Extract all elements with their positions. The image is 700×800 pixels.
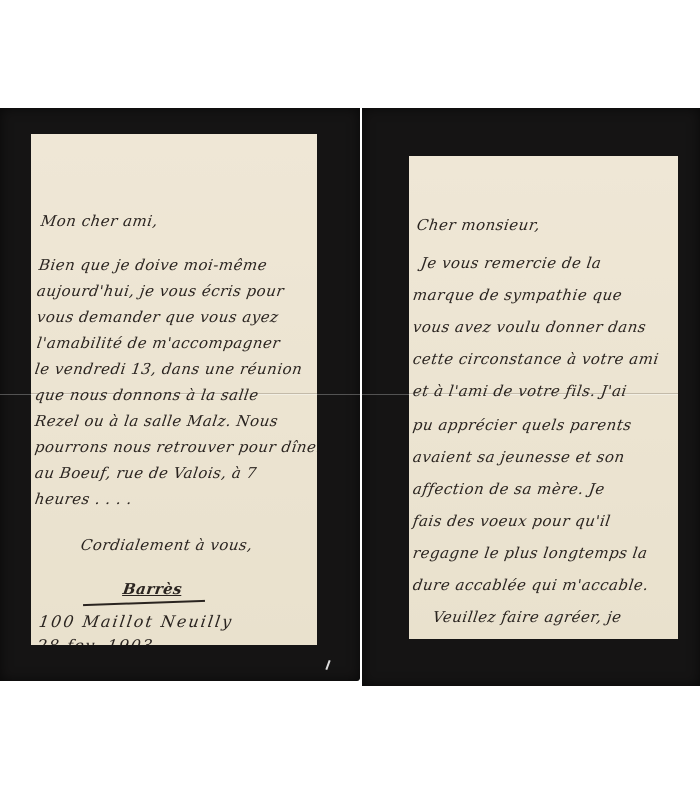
letter-line: cette circonstance à votre ami	[412, 350, 660, 368]
letter-line: le vendredi 13, dans une réunion	[34, 360, 304, 378]
signature-underline	[83, 600, 205, 606]
left-letter-border: Mon cher ami, Bien que je doive moi-même…	[0, 108, 360, 681]
letter-line: heures . . . .	[34, 490, 134, 508]
border-tear	[325, 660, 330, 670]
letter-line: dure accablée qui m'accable.	[412, 576, 650, 594]
letter-line: que nous donnons à la salle	[34, 386, 260, 404]
letter-date: 28 fev. 1903	[36, 636, 156, 645]
letter-line: pourrons nous retrouver pour dîner	[34, 438, 317, 456]
letter-line: au Boeuf, rue de Valois, à 7	[34, 464, 258, 482]
letter-line: Rezel ou à la salle Malz. Nous	[34, 412, 280, 430]
letter-line: pu apprécier quels parents	[412, 416, 633, 434]
letter-salutation: Mon cher ami,	[40, 212, 159, 230]
letter-salutation: Cher monsieur,	[416, 216, 542, 234]
right-letter-page: Cher monsieur, Je vous remercie de la ma…	[409, 156, 678, 639]
letter-signature: Barrès	[122, 580, 184, 598]
letter-line: l'amabilité de m'accompagner	[36, 334, 282, 352]
letter-line: vous avez voulu donner dans	[412, 318, 648, 336]
letter-line: regagne le plus longtemps la	[412, 544, 649, 562]
letter-line: Je vous remercie de la	[420, 254, 603, 272]
letter-line: Bien que je doive moi-même	[38, 256, 269, 274]
fold-line	[0, 394, 31, 395]
letter-line: vous demander que vous ayez	[36, 308, 280, 326]
letter-line: marque de sympathie que	[412, 286, 624, 304]
letter-line: Veuillez faire agréer, je	[432, 608, 623, 626]
fold-line	[317, 394, 360, 395]
sender-address: 100 Maillot Neuilly	[38, 612, 235, 631]
fold-line	[362, 394, 409, 395]
right-letter-border: Cher monsieur, Je vous remercie de la ma…	[362, 108, 700, 686]
letter-line: fais des voeux pour qu'il	[412, 512, 612, 530]
letter-line: affection de sa mère. Je	[412, 480, 606, 498]
letter-closing: Cordialement à vous,	[80, 536, 254, 554]
letter-line: et à l'ami de votre fils. J'ai	[412, 382, 628, 400]
letter-line: avaient sa jeunesse et son	[412, 448, 626, 466]
left-letter-page: Mon cher ami, Bien que je doive moi-même…	[31, 134, 317, 645]
letter-line: aujourd'hui, je vous écris pour	[36, 282, 286, 300]
